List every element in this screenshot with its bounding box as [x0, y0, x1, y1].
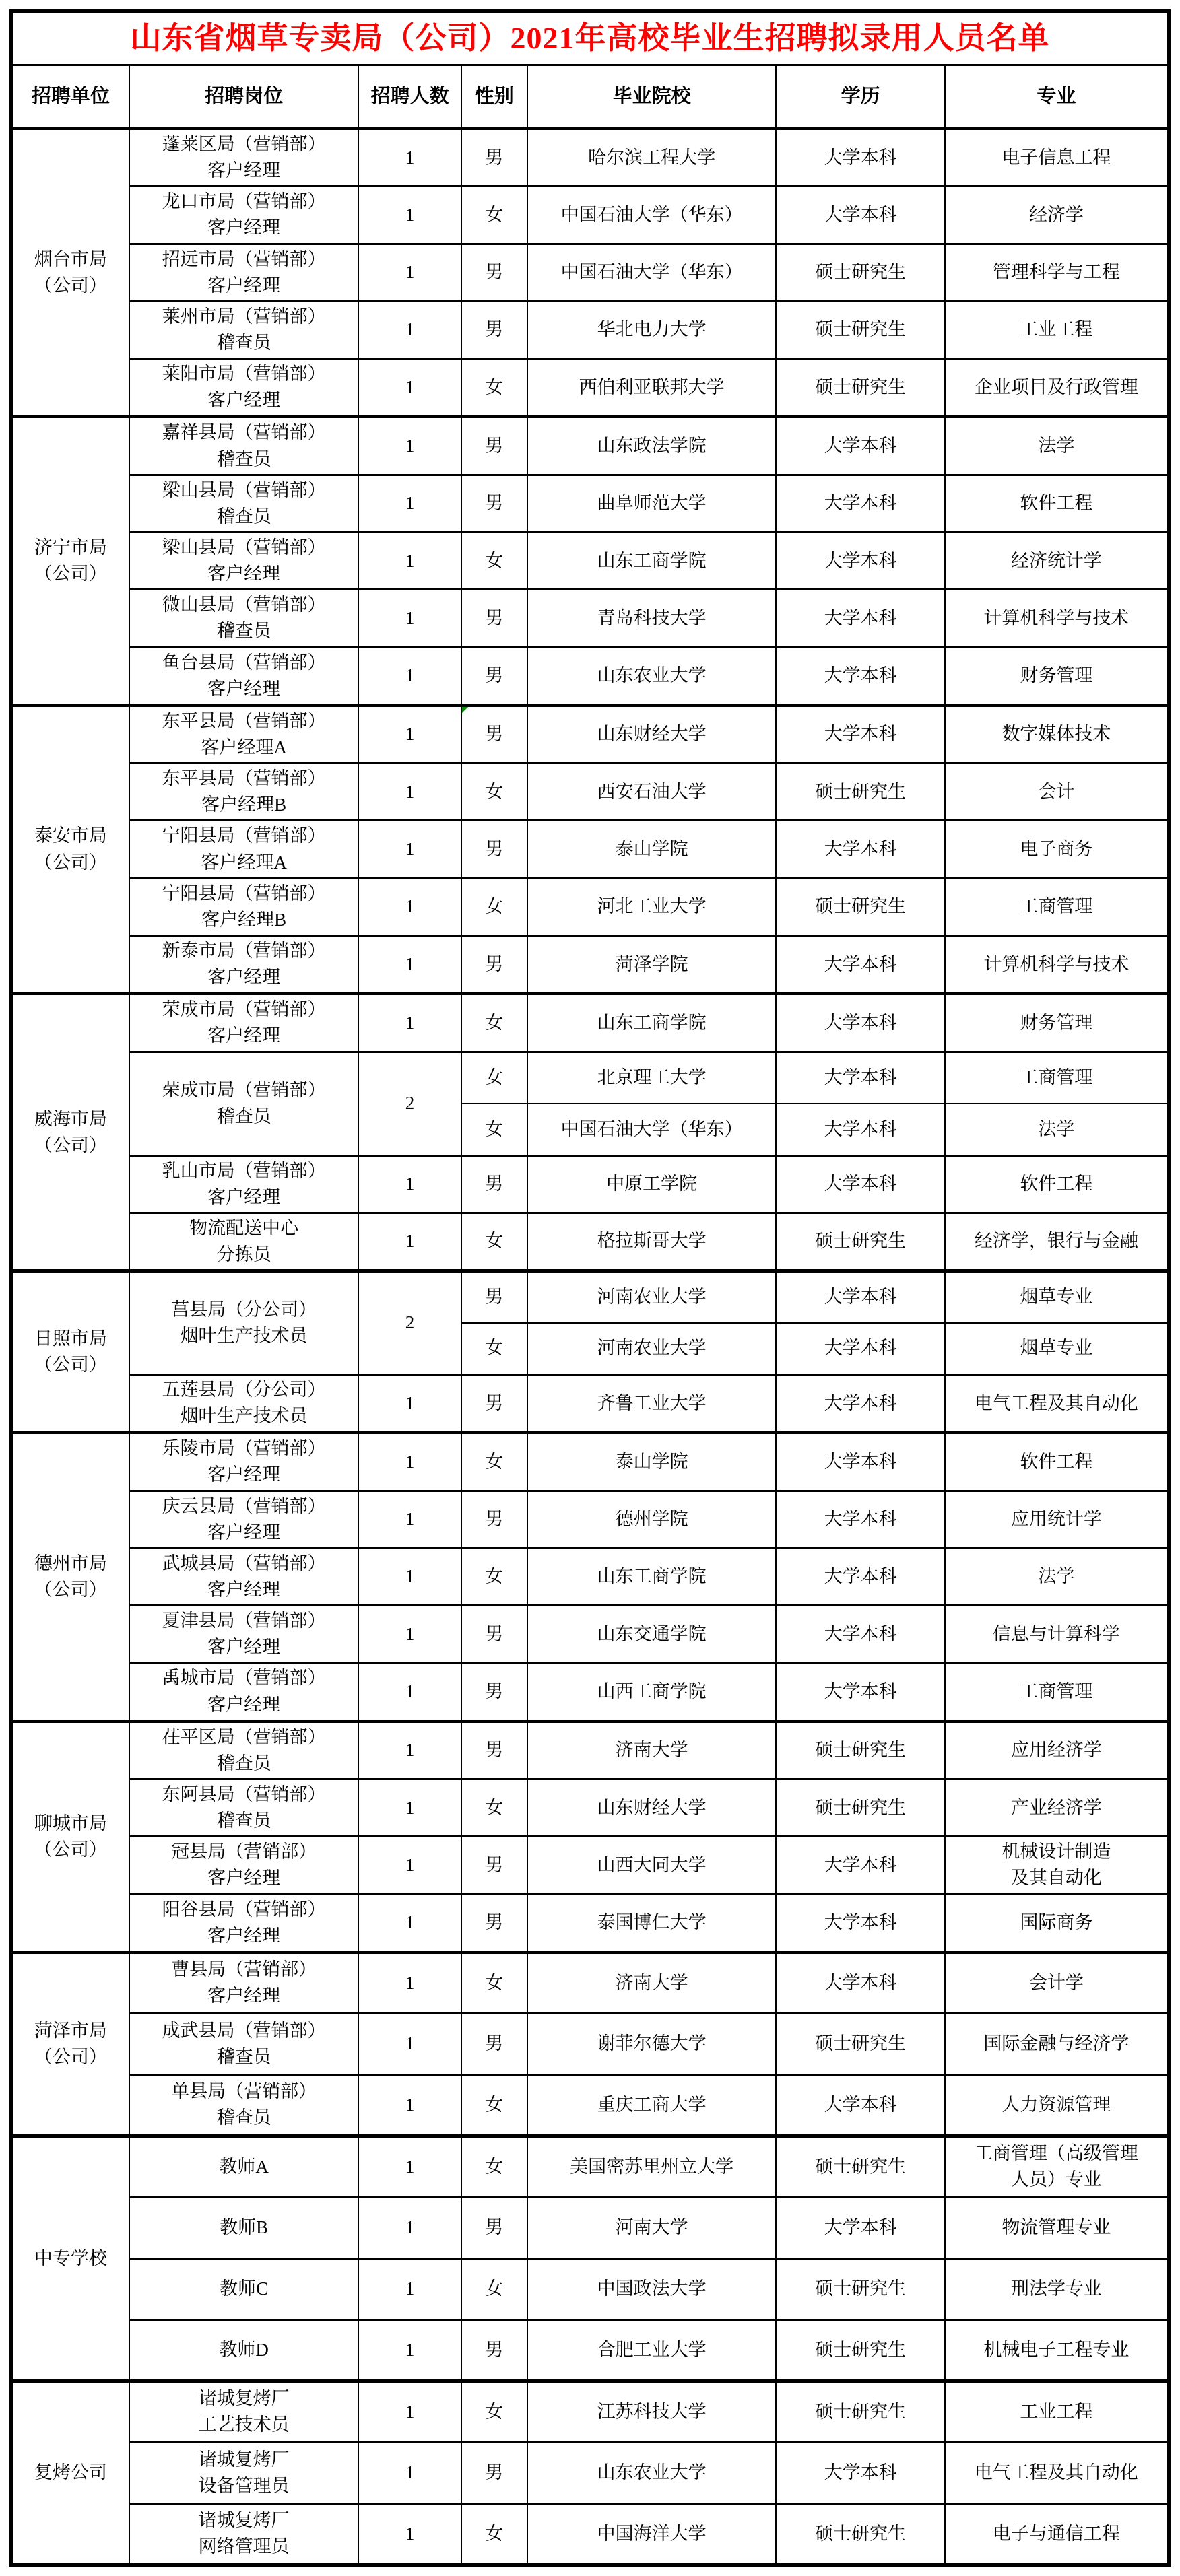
count-cell: 1 [358, 301, 461, 358]
school-cell: 菏泽学院 [527, 935, 777, 993]
gender-cell: 女 [461, 2074, 527, 2136]
count-cell: 1 [358, 1606, 461, 1663]
gender-cell: 女 [461, 187, 527, 244]
table-row: 荣成市局（营销部） 稽查员2女北京理工大学大学本科工商管理 [11, 1052, 1169, 1104]
major-cell: 法学 [945, 417, 1169, 475]
gender-cell: 女 [461, 1548, 527, 1605]
major-cell: 会计学 [945, 1952, 1169, 2013]
count-cell: 2 [358, 1052, 461, 1155]
major-cell: 刑法学专业 [945, 2258, 1169, 2319]
degree-cell: 大学本科 [776, 1155, 944, 1213]
table-row: 冠县局（营销部） 客户经理1男山西大同大学大学本科机械设计制造 及其自动化 [11, 1837, 1169, 1894]
degree-cell: 大学本科 [776, 1104, 944, 1155]
post-cell: 荣成市局（营销部） 客户经理 [129, 994, 359, 1052]
table-row: 成武县局（营销部） 稽查员1男谢菲尔德大学硕士研究生国际金融与经济学 [11, 2013, 1169, 2074]
major-cell: 财务管理 [945, 647, 1169, 705]
gender-cell: 男 [461, 821, 527, 878]
gender-cell: 女 [461, 1104, 527, 1155]
table-row: 烟台市局 （公司）蓬莱区局（营销部） 客户经理1男哈尔滨工程大学大学本科电子信息… [11, 129, 1169, 187]
post-cell: 东平县局（营销部） 客户经理A [129, 705, 359, 763]
school-cell: 谢菲尔德大学 [527, 2013, 777, 2074]
table-body: 烟台市局 （公司）蓬莱区局（营销部） 客户经理1男哈尔滨工程大学大学本科电子信息… [11, 129, 1169, 2565]
count-cell: 1 [358, 1894, 461, 1952]
count-cell: 1 [358, 647, 461, 705]
table-row: 夏津县局（营销部） 客户经理1男山东交通学院大学本科信息与计算科学 [11, 1606, 1169, 1663]
degree-cell: 大学本科 [776, 1663, 944, 1721]
school-cell: 中国政法大学 [527, 2258, 777, 2319]
major-cell: 经济统计学 [945, 532, 1169, 589]
gender-cell: 女 [461, 1952, 527, 2013]
degree-cell: 硕士研究生 [776, 764, 944, 821]
degree-cell: 硕士研究生 [776, 1780, 944, 1837]
degree-cell: 大学本科 [776, 1548, 944, 1605]
table-row: 禹城市局（营销部） 客户经理1男山西工商学院大学本科工商管理 [11, 1663, 1169, 1721]
unit-cell: 威海市局 （公司） [11, 994, 129, 1271]
post-cell: 诸城复烤厂 设备管理员 [129, 2442, 359, 2503]
unit-cell: 泰安市局 （公司） [11, 705, 129, 993]
school-cell: 合肥工业大学 [527, 2319, 777, 2381]
table-row: 宁阳县局（营销部） 客户经理A1男泰山学院大学本科电子商务 [11, 821, 1169, 878]
school-cell: 德州学院 [527, 1491, 777, 1548]
unit-cell: 济宁市局 （公司） [11, 417, 129, 705]
school-cell: 山西工商学院 [527, 1663, 777, 1721]
count-cell: 2 [358, 1271, 461, 1375]
table-row: 新泰市局（营销部） 客户经理1男菏泽学院大学本科计算机科学与技术 [11, 935, 1169, 993]
count-cell: 1 [358, 2503, 461, 2565]
unit-cell: 聊城市局 （公司） [11, 1721, 129, 1952]
post-cell: 禹城市局（营销部） 客户经理 [129, 1663, 359, 1721]
school-cell: 中原工学院 [527, 1155, 777, 1213]
post-cell: 茌平区局（营销部） 稽查员 [129, 1721, 359, 1779]
major-cell: 工商管理 [945, 1663, 1169, 1721]
column-header-school: 毕业院校 [527, 65, 777, 129]
post-cell: 乳山市局（营销部） 客户经理 [129, 1155, 359, 1213]
major-cell: 机械电子工程专业 [945, 2319, 1169, 2381]
count-cell: 1 [358, 1375, 461, 1433]
school-cell: 中国石油大学（华东） [527, 187, 777, 244]
table-row: 复烤公司诸城复烤厂 工艺技术员1女江苏科技大学硕士研究生工业工程 [11, 2381, 1169, 2442]
degree-cell: 硕士研究生 [776, 878, 944, 935]
unit-cell: 德州市局 （公司） [11, 1433, 129, 1721]
gender-cell: 男 [461, 935, 527, 993]
page-title: 山东省烟草专卖局（公司）2021年高校毕业生招聘拟录用人员名单 [11, 11, 1169, 65]
degree-cell: 大学本科 [776, 935, 944, 993]
count-cell: 1 [358, 359, 461, 417]
school-cell: 重庆工商大学 [527, 2074, 777, 2136]
column-header-gender: 性别 [461, 65, 527, 129]
count-cell: 1 [358, 2136, 461, 2197]
count-cell: 1 [358, 2319, 461, 2381]
school-cell: 曲阜师范大学 [527, 475, 777, 532]
table-row: 梁山县局（营销部） 稽查员1男曲阜师范大学大学本科软件工程 [11, 475, 1169, 532]
gender-cell: 女 [461, 2258, 527, 2319]
count-cell: 1 [358, 1837, 461, 1894]
post-cell: 宁阳县局（营销部） 客户经理A [129, 821, 359, 878]
unit-cell: 菏泽市局 （公司） [11, 1952, 129, 2136]
post-cell: 东阿县局（营销部） 稽查员 [129, 1780, 359, 1837]
gender-cell: 男 [461, 2197, 527, 2258]
table-row: 德州市局 （公司）乐陵市局（营销部） 客户经理1女泰山学院大学本科软件工程 [11, 1433, 1169, 1491]
column-header-unit: 招聘单位 [11, 65, 129, 129]
table-row: 单县局（营销部） 稽查员1女重庆工商大学大学本科人力资源管理 [11, 2074, 1169, 2136]
post-cell: 庆云县局（营销部） 客户经理 [129, 1491, 359, 1548]
gender-cell: 男 [461, 1894, 527, 1952]
post-cell: 诸城复烤厂 工艺技术员 [129, 2381, 359, 2442]
table-row: 东平县局（营销部） 客户经理B1女西安石油大学硕士研究生会计 [11, 764, 1169, 821]
table-row: 东阿县局（营销部） 稽查员1女山东财经大学硕士研究生产业经济学 [11, 1780, 1169, 1837]
degree-cell: 大学本科 [776, 1606, 944, 1663]
post-cell: 乐陵市局（营销部） 客户经理 [129, 1433, 359, 1491]
gender-cell: 男 [461, 1375, 527, 1433]
degree-cell: 大学本科 [776, 475, 944, 532]
degree-cell: 硕士研究生 [776, 2319, 944, 2381]
count-cell: 1 [358, 475, 461, 532]
table-row: 阳谷县局（营销部） 客户经理1男泰国博仁大学大学本科国际商务 [11, 1894, 1169, 1952]
major-cell: 烟草专业 [945, 1271, 1169, 1323]
count-cell: 1 [358, 590, 461, 647]
count-cell: 1 [358, 532, 461, 589]
school-cell: 北京理工大学 [527, 1052, 777, 1104]
table-row: 日照市局 （公司）莒县局（分公司） 烟叶生产技术员2男河南农业大学大学本科烟草专… [11, 1271, 1169, 1323]
table-row: 中专学校教师A1女美国密苏里州立大学硕士研究生工商管理（高级管理 人员）专业 [11, 2136, 1169, 2197]
count-cell: 1 [358, 821, 461, 878]
gender-cell: 女 [461, 1780, 527, 1837]
count-cell: 1 [358, 129, 461, 187]
post-cell: 教师C [129, 2258, 359, 2319]
school-cell: 河南农业大学 [527, 1271, 777, 1323]
post-cell: 鱼台县局（营销部） 客户经理 [129, 647, 359, 705]
post-cell: 诸城复烤厂 网络管理员 [129, 2503, 359, 2565]
major-cell: 法学 [945, 1104, 1169, 1155]
school-cell: 河北工业大学 [527, 878, 777, 935]
gender-cell: 男 [461, 705, 527, 763]
unit-cell: 复烤公司 [11, 2381, 129, 2565]
count-cell: 1 [358, 1155, 461, 1213]
gender-cell: 男 [461, 2442, 527, 2503]
degree-cell: 硕士研究生 [776, 244, 944, 301]
school-cell: 济南大学 [527, 1952, 777, 2013]
post-cell: 夏津县局（营销部） 客户经理 [129, 1606, 359, 1663]
gender-cell: 男 [461, 1271, 527, 1323]
school-cell: 山东农业大学 [527, 647, 777, 705]
major-cell: 法学 [945, 1548, 1169, 1605]
count-cell: 1 [358, 764, 461, 821]
table-row: 龙口市局（营销部） 客户经理1女中国石油大学（华东）大学本科经济学 [11, 187, 1169, 244]
gender-cell: 男 [461, 301, 527, 358]
major-cell: 国际金融与经济学 [945, 2013, 1169, 2074]
school-cell: 山东交通学院 [527, 1606, 777, 1663]
table-row: 庆云县局（营销部） 客户经理1男德州学院大学本科应用统计学 [11, 1491, 1169, 1548]
table-row: 鱼台县局（营销部） 客户经理1男山东农业大学大学本科财务管理 [11, 647, 1169, 705]
table-row: 五莲县局（分公司） 烟叶生产技术员1男齐鲁工业大学大学本科电气工程及其自动化 [11, 1375, 1169, 1433]
gender-cell: 女 [461, 994, 527, 1052]
degree-cell: 大学本科 [776, 1052, 944, 1104]
degree-cell: 硕士研究生 [776, 2381, 944, 2442]
count-cell: 1 [358, 187, 461, 244]
gender-cell: 女 [461, 532, 527, 589]
post-cell: 武城县局（营销部） 客户经理 [129, 1548, 359, 1605]
degree-cell: 大学本科 [776, 2197, 944, 2258]
gender-cell: 男 [461, 244, 527, 301]
degree-cell: 硕士研究生 [776, 359, 944, 417]
count-cell: 1 [358, 994, 461, 1052]
table-row: 梁山县局（营销部） 客户经理1女山东工商学院大学本科经济统计学 [11, 532, 1169, 589]
count-cell: 1 [358, 1213, 461, 1270]
column-header-post: 招聘岗位 [129, 65, 359, 129]
major-cell: 电气工程及其自动化 [945, 2442, 1169, 2503]
count-cell: 1 [358, 1433, 461, 1491]
gender-cell: 女 [461, 764, 527, 821]
degree-cell: 硕士研究生 [776, 301, 944, 358]
major-cell: 工商管理 [945, 878, 1169, 935]
school-cell: 中国石油大学（华东） [527, 244, 777, 301]
degree-cell: 大学本科 [776, 1894, 944, 1952]
major-cell: 机械设计制造 及其自动化 [945, 1837, 1169, 1894]
unit-cell: 烟台市局 （公司） [11, 129, 129, 417]
table-row: 乳山市局（营销部） 客户经理1男中原工学院大学本科软件工程 [11, 1155, 1169, 1213]
degree-cell: 硕士研究生 [776, 1721, 944, 1779]
count-cell: 1 [358, 2442, 461, 2503]
document-sheet: 山东省烟草专卖局（公司）2021年高校毕业生招聘拟录用人员名单 招聘单位 招聘岗… [0, 0, 1180, 2576]
school-cell: 青岛科技大学 [527, 590, 777, 647]
gender-cell: 女 [461, 2136, 527, 2197]
column-header-degree: 学历 [776, 65, 944, 129]
table-row: 微山县局（营销部） 稽查员1男青岛科技大学大学本科计算机科学与技术 [11, 590, 1169, 647]
major-cell: 软件工程 [945, 1433, 1169, 1491]
major-cell: 软件工程 [945, 475, 1169, 532]
count-cell: 1 [358, 417, 461, 475]
major-cell: 产业经济学 [945, 1780, 1169, 1837]
count-cell: 1 [358, 244, 461, 301]
gender-cell: 男 [461, 2013, 527, 2074]
major-cell: 计算机科学与技术 [945, 935, 1169, 993]
gender-cell: 女 [461, 1213, 527, 1270]
degree-cell: 大学本科 [776, 821, 944, 878]
post-cell: 梁山县局（营销部） 稽查员 [129, 475, 359, 532]
post-cell: 物流配送中心 分拣员 [129, 1213, 359, 1270]
table-row: 莱阳市局（营销部） 客户经理1女西伯利亚联邦大学硕士研究生企业项目及行政管理 [11, 359, 1169, 417]
degree-cell: 大学本科 [776, 1491, 944, 1548]
post-cell: 教师A [129, 2136, 359, 2197]
unit-cell: 中专学校 [11, 2136, 129, 2381]
table-row: 物流配送中心 分拣员1女格拉斯哥大学硕士研究生经济学，银行与金融 [11, 1213, 1169, 1270]
post-cell: 五莲县局（分公司） 烟叶生产技术员 [129, 1375, 359, 1433]
post-cell: 冠县局（营销部） 客户经理 [129, 1837, 359, 1894]
green-flag-marker [462, 707, 468, 713]
school-cell: 济南大学 [527, 1721, 777, 1779]
gender-cell: 男 [461, 1606, 527, 1663]
major-cell: 电子信息工程 [945, 129, 1169, 187]
post-cell: 单县局（营销部） 稽查员 [129, 2074, 359, 2136]
major-cell: 烟草专业 [945, 1323, 1169, 1375]
count-cell: 1 [358, 2013, 461, 2074]
major-cell: 软件工程 [945, 1155, 1169, 1213]
degree-cell: 大学本科 [776, 1952, 944, 2013]
major-cell: 管理科学与工程 [945, 244, 1169, 301]
school-cell: 泰山学院 [527, 1433, 777, 1491]
degree-cell: 大学本科 [776, 2442, 944, 2503]
table-row: 菏泽市局 （公司）曹县局（营销部） 客户经理1女济南大学大学本科会计学 [11, 1952, 1169, 2013]
count-cell: 1 [358, 2381, 461, 2442]
post-cell: 宁阳县局（营销部） 客户经理B [129, 878, 359, 935]
post-cell: 曹县局（营销部） 客户经理 [129, 1952, 359, 2013]
major-cell: 经济学 [945, 187, 1169, 244]
school-cell: 山东工商学院 [527, 532, 777, 589]
count-cell: 1 [358, 2258, 461, 2319]
major-cell: 经济学，银行与金融 [945, 1213, 1169, 1270]
major-cell: 电气工程及其自动化 [945, 1375, 1169, 1433]
gender-cell: 男 [461, 1491, 527, 1548]
degree-cell: 大学本科 [776, 590, 944, 647]
table-row: 教师C1女中国政法大学硕士研究生刑法学专业 [11, 2258, 1169, 2319]
count-cell: 1 [358, 1663, 461, 1721]
table-row: 诸城复烤厂 设备管理员1男山东农业大学大学本科电气工程及其自动化 [11, 2442, 1169, 2503]
table-row: 教师D1男合肥工业大学硕士研究生机械电子工程专业 [11, 2319, 1169, 2381]
gender-cell: 男 [461, 1663, 527, 1721]
degree-cell: 大学本科 [776, 647, 944, 705]
table-row: 诸城复烤厂 网络管理员1女中国海洋大学硕士研究生电子与通信工程 [11, 2503, 1169, 2565]
major-cell: 电子与通信工程 [945, 2503, 1169, 2565]
post-cell: 阳谷县局（营销部） 客户经理 [129, 1894, 359, 1952]
school-cell: 山东工商学院 [527, 1548, 777, 1605]
school-cell: 山东农业大学 [527, 2442, 777, 2503]
degree-cell: 大学本科 [776, 129, 944, 187]
major-cell: 工业工程 [945, 2381, 1169, 2442]
gender-cell: 女 [461, 1433, 527, 1491]
title-row: 山东省烟草专卖局（公司）2021年高校毕业生招聘拟录用人员名单 [11, 11, 1169, 65]
major-cell: 会计 [945, 764, 1169, 821]
degree-cell: 大学本科 [776, 1433, 944, 1491]
gender-cell: 男 [461, 1721, 527, 1779]
post-cell: 招远市局（营销部） 客户经理 [129, 244, 359, 301]
count-cell: 1 [358, 705, 461, 763]
post-cell: 莒县局（分公司） 烟叶生产技术员 [129, 1271, 359, 1375]
degree-cell: 大学本科 [776, 187, 944, 244]
post-cell: 教师B [129, 2197, 359, 2258]
post-cell: 梁山县局（营销部） 客户经理 [129, 532, 359, 589]
degree-cell: 大学本科 [776, 2074, 944, 2136]
degree-cell: 硕士研究生 [776, 2258, 944, 2319]
degree-cell: 大学本科 [776, 1271, 944, 1323]
degree-cell: 大学本科 [776, 532, 944, 589]
unit-cell: 日照市局 （公司） [11, 1271, 129, 1433]
gender-cell: 男 [461, 475, 527, 532]
count-cell: 1 [358, 1780, 461, 1837]
gender-cell: 女 [461, 359, 527, 417]
post-cell: 教师D [129, 2319, 359, 2381]
degree-cell: 大学本科 [776, 994, 944, 1052]
post-cell: 成武县局（营销部） 稽查员 [129, 2013, 359, 2074]
degree-cell: 大学本科 [776, 417, 944, 475]
school-cell: 山西大同大学 [527, 1837, 777, 1894]
school-cell: 西安石油大学 [527, 764, 777, 821]
major-cell: 电子商务 [945, 821, 1169, 878]
school-cell: 泰山学院 [527, 821, 777, 878]
gender-cell: 男 [461, 2319, 527, 2381]
post-cell: 莱州市局（营销部） 稽查员 [129, 301, 359, 358]
post-cell: 蓬莱区局（营销部） 客户经理 [129, 129, 359, 187]
major-cell: 数字媒体技术 [945, 705, 1169, 763]
school-cell: 中国石油大学（华东） [527, 1104, 777, 1155]
school-cell: 中国海洋大学 [527, 2503, 777, 2565]
table-row: 济宁市局 （公司）嘉祥县局（营销部） 稽查员1男山东政法学院大学本科法学 [11, 417, 1169, 475]
post-cell: 新泰市局（营销部） 客户经理 [129, 935, 359, 993]
table-row: 威海市局 （公司）荣成市局（营销部） 客户经理1女山东工商学院大学本科财务管理 [11, 994, 1169, 1052]
count-cell: 1 [358, 2074, 461, 2136]
school-cell: 江苏科技大学 [527, 2381, 777, 2442]
table-row: 宁阳县局（营销部） 客户经理B1女河北工业大学硕士研究生工商管理 [11, 878, 1169, 935]
major-cell: 应用经济学 [945, 1721, 1169, 1779]
school-cell: 格拉斯哥大学 [527, 1213, 777, 1270]
major-cell: 应用统计学 [945, 1491, 1169, 1548]
column-header-count: 招聘人数 [358, 65, 461, 129]
degree-cell: 硕士研究生 [776, 1213, 944, 1270]
major-cell: 工商管理 [945, 1052, 1169, 1104]
post-cell: 荣成市局（营销部） 稽查员 [129, 1052, 359, 1155]
degree-cell: 硕士研究生 [776, 2013, 944, 2074]
school-cell: 山东政法学院 [527, 417, 777, 475]
degree-cell: 大学本科 [776, 1323, 944, 1375]
post-cell: 嘉祥县局（营销部） 稽查员 [129, 417, 359, 475]
degree-cell: 硕士研究生 [776, 2503, 944, 2565]
count-cell: 1 [358, 1721, 461, 1779]
degree-cell: 大学本科 [776, 1837, 944, 1894]
degree-cell: 大学本科 [776, 705, 944, 763]
school-cell: 美国密苏里州立大学 [527, 2136, 777, 2197]
school-cell: 华北电力大学 [527, 301, 777, 358]
school-cell: 山东工商学院 [527, 994, 777, 1052]
column-header-row: 招聘单位 招聘岗位 招聘人数 性别 毕业院校 学历 专业 [11, 65, 1169, 129]
school-cell: 西伯利亚联邦大学 [527, 359, 777, 417]
table-row: 莱州市局（营销部） 稽查员1男华北电力大学硕士研究生工业工程 [11, 301, 1169, 358]
major-cell: 物流管理专业 [945, 2197, 1169, 2258]
major-cell: 企业项目及行政管理 [945, 359, 1169, 417]
gender-cell: 男 [461, 129, 527, 187]
table-row: 聊城市局 （公司）茌平区局（营销部） 稽查员1男济南大学硕士研究生应用经济学 [11, 1721, 1169, 1779]
gender-cell: 女 [461, 1323, 527, 1375]
major-cell: 计算机科学与技术 [945, 590, 1169, 647]
recruitment-roster-table: 山东省烟草专卖局（公司）2021年高校毕业生招聘拟录用人员名单 招聘单位 招聘岗… [9, 9, 1171, 2567]
major-cell: 工商管理（高级管理 人员）专业 [945, 2136, 1169, 2197]
post-cell: 龙口市局（营销部） 客户经理 [129, 187, 359, 244]
gender-cell: 女 [461, 878, 527, 935]
degree-cell: 大学本科 [776, 1375, 944, 1433]
school-cell: 齐鲁工业大学 [527, 1375, 777, 1433]
gender-cell: 男 [461, 1155, 527, 1213]
school-cell: 哈尔滨工程大学 [527, 129, 777, 187]
gender-cell: 男 [461, 417, 527, 475]
count-cell: 1 [358, 878, 461, 935]
table-row: 武城县局（营销部） 客户经理1女山东工商学院大学本科法学 [11, 1548, 1169, 1605]
gender-cell: 男 [461, 590, 527, 647]
column-header-major: 专业 [945, 65, 1169, 129]
major-cell: 人力资源管理 [945, 2074, 1169, 2136]
post-cell: 东平县局（营销部） 客户经理B [129, 764, 359, 821]
gender-cell: 男 [461, 647, 527, 705]
gender-cell: 男 [461, 1837, 527, 1894]
major-cell: 财务管理 [945, 994, 1169, 1052]
school-cell: 河南大学 [527, 2197, 777, 2258]
table-row: 泰安市局 （公司）东平县局（营销部） 客户经理A1男山东财经大学大学本科数字媒体… [11, 705, 1169, 763]
school-cell: 河南农业大学 [527, 1323, 777, 1375]
post-cell: 莱阳市局（营销部） 客户经理 [129, 359, 359, 417]
gender-cell: 女 [461, 2381, 527, 2442]
count-cell: 1 [358, 1548, 461, 1605]
school-cell: 山东财经大学 [527, 1780, 777, 1837]
school-cell: 山东财经大学 [527, 705, 777, 763]
major-cell: 国际商务 [945, 1894, 1169, 1952]
table-row: 招远市局（营销部） 客户经理1男中国石油大学（华东）硕士研究生管理科学与工程 [11, 244, 1169, 301]
